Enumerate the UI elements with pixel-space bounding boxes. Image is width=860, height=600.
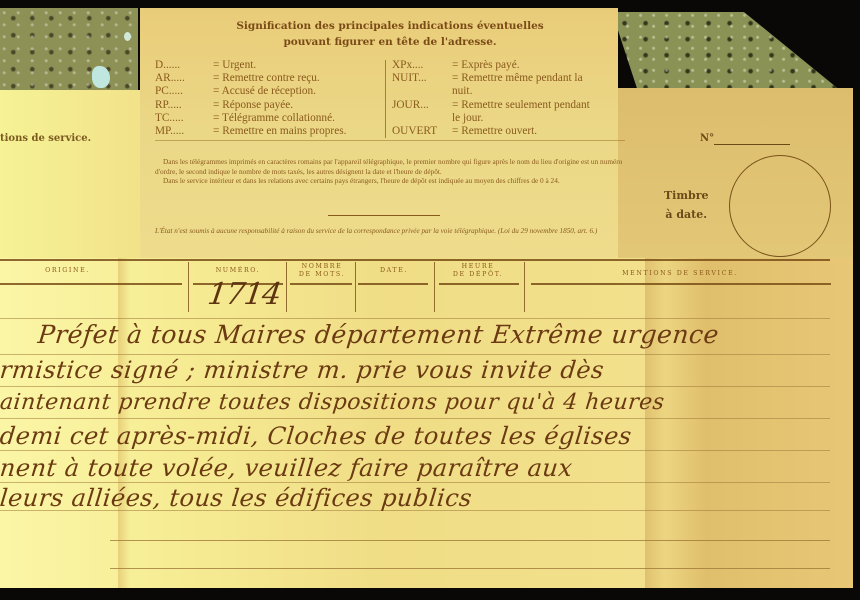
granite-background-left [0, 8, 138, 90]
header-rule [358, 283, 428, 285]
header-line: HEURE [437, 263, 519, 271]
legend-list-left: D......= Urgent. AR.....= Remettre contr… [155, 59, 380, 138]
date-stamp-label: Timbre à date. [664, 186, 709, 224]
ruled-line [110, 540, 830, 541]
legend-code: AR..... [155, 72, 213, 85]
paper-fold [645, 258, 665, 588]
header-origine: ORIGINE. [20, 267, 115, 275]
legend-entry: AR.....= Remettre contre reçu. [155, 72, 380, 85]
legend-meaning: = Urgent. [213, 59, 380, 72]
legend-title: Signification des principales indication… [150, 18, 630, 50]
column-separator [524, 262, 525, 312]
header-mentions-de-service: MENTIONS DE SERVICE. [530, 270, 830, 278]
legend-code: NUIT... [392, 72, 452, 85]
message-line: leurs alliées, tous les édifices publics [0, 484, 474, 512]
note-paragraph: Dans le service intérieur et dans les re… [155, 176, 635, 186]
legend-meaning: = Remettre en mains propres. [213, 125, 380, 138]
header-rule [290, 283, 352, 285]
legend-list-right: XPx....= Exprès payé. NUIT...= Remettre … [392, 59, 624, 138]
background-edge [0, 588, 860, 600]
legend-entry: MP.....= Remettre en mains propres. [155, 125, 380, 138]
message-line: demi cet après-midi, Cloches de toutes l… [0, 422, 633, 450]
legend-entry: TC.....= Télégramme collationné. [155, 112, 380, 125]
ruled-line [110, 568, 830, 569]
legend-meaning: = Télégramme collationné. [213, 112, 380, 125]
side-flap-label: tions de service. [0, 133, 91, 144]
telegram-photo: Signification des principales indication… [0, 0, 860, 600]
ruled-line [0, 418, 830, 419]
number-label: N° [700, 133, 714, 144]
header-heure-de-depot: HEURE DE DÉPÔT. [437, 263, 519, 279]
message-line: Préfet à tous Maires département Extrême… [36, 320, 720, 349]
legend-code: XPx.... [392, 59, 452, 72]
header-numero: NUMÉRO. [193, 267, 283, 275]
legend-entry-continuation: nuit. [392, 85, 624, 98]
legend-code: TC..... [155, 112, 213, 125]
column-separator [434, 262, 435, 312]
column-separator [188, 262, 189, 312]
ruled-line [0, 354, 830, 355]
legend-entry: XPx....= Exprès payé. [392, 59, 624, 72]
header-rule [531, 283, 831, 285]
column-separator [286, 262, 287, 312]
legend-meaning: = Exprès payé. [452, 59, 624, 72]
legend-entry: NUIT...= Remettre même pendant la [392, 72, 624, 85]
legend-code: MP..... [155, 125, 213, 138]
legend-code: PC..... [155, 85, 213, 98]
legend-entry-continuation: le jour. [392, 112, 624, 125]
header-line: DE DÉPÔT. [437, 271, 519, 279]
legend-entry: D......= Urgent. [155, 59, 380, 72]
header-rule [0, 259, 830, 261]
header-line: DE MOTS. [290, 271, 354, 279]
granite-background-right [612, 12, 852, 100]
background-spot [124, 32, 131, 41]
legend-title-line: Signification des principales indication… [150, 18, 630, 34]
legend-title-line: pouvant figurer en tête de l'adresse. [150, 34, 630, 50]
legend-meaning: = Remettre seulement pendant [452, 99, 624, 112]
header-rule [0, 283, 182, 285]
message-line: rmistice signé ; ministre m. prie vous i… [0, 356, 605, 384]
ruled-line [0, 482, 830, 483]
legend-entry: RP.....= Réponse payée. [155, 99, 380, 112]
message-line: nent à toute volée, veuillez faire paraî… [0, 454, 574, 482]
legend-meaning: = Remettre même pendant la [452, 72, 624, 85]
numero-value: 1714 [206, 277, 283, 312]
legend-meaning: = Remettre ouvert. [452, 125, 624, 138]
note-rule [328, 215, 440, 216]
legend-code: OUVERT [392, 125, 452, 138]
legend-entry: PC.....= Accusé de réception. [155, 85, 380, 98]
legend-code: D...... [155, 59, 213, 72]
legend-code: RP..... [155, 99, 213, 112]
liability-disclaimer: L'État n'est soumis à aucune responsabil… [155, 227, 635, 237]
header-nombre-de-mots: NOMBRE DE MOTS. [290, 263, 354, 279]
background-edge [0, 0, 860, 8]
legend-meaning: = Accusé de réception. [213, 85, 380, 98]
date-stamp-circle [729, 155, 831, 257]
column-separator [355, 262, 356, 312]
background-edge [853, 0, 860, 600]
background-spot [92, 66, 110, 88]
ruled-line [0, 450, 830, 451]
printing-note: Dans les télégrammes imprimés en caractè… [155, 157, 635, 186]
legend-rule [155, 140, 625, 141]
legend-entry: OUVERT= Remettre ouvert. [392, 125, 624, 138]
message-line: aintenant prendre toutes dispositions po… [0, 390, 666, 415]
legend-divider [385, 60, 386, 138]
ruled-line [0, 386, 830, 387]
header-rule [439, 283, 519, 285]
legend-meaning-cont: le jour. [392, 112, 483, 125]
paper-left-flap [0, 90, 140, 260]
legend-meaning-cont: nuit. [392, 85, 472, 98]
legend-entry: JOUR...= Remettre seulement pendant [392, 99, 624, 112]
legend-meaning: = Réponse payée. [213, 99, 380, 112]
date-stamp-label-line: Timbre [664, 186, 709, 205]
legend-meaning: = Remettre contre reçu. [213, 72, 380, 85]
header-line: NOMBRE [290, 263, 354, 271]
legend-code: JOUR... [392, 99, 452, 112]
date-stamp-label-line: à date. [664, 205, 709, 224]
number-blank-line [714, 144, 790, 145]
note-paragraph: Dans les télégrammes imprimés en caractè… [155, 157, 635, 176]
ruled-line [0, 318, 830, 319]
header-date: DATE. [358, 267, 430, 275]
